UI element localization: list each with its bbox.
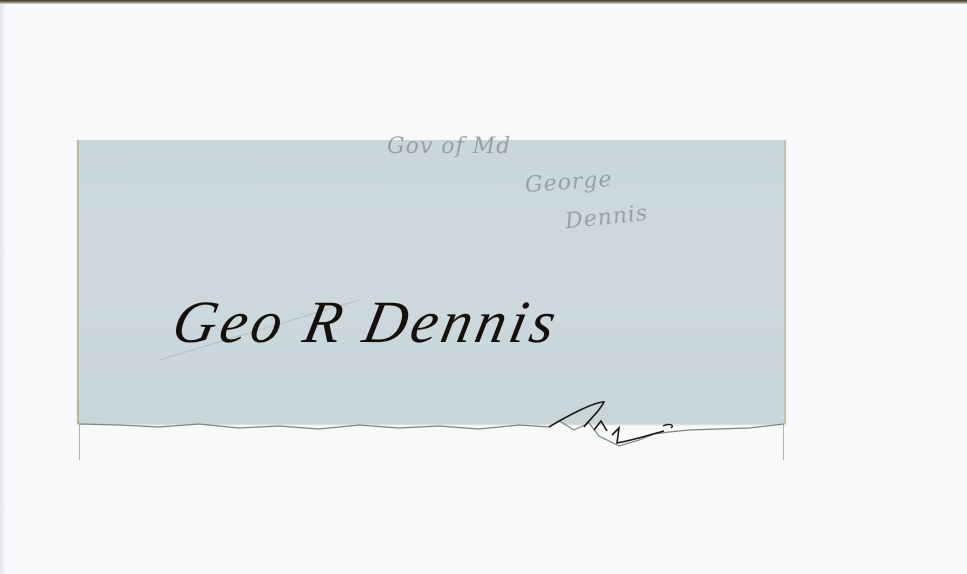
signature-card: Gov of Md George Dennis Geo R Dennis — [77, 140, 786, 424]
pencil-note-title: Gov of Md — [387, 134, 511, 159]
ink-signature: Geo R Dennis — [167, 288, 566, 357]
scanner-left-shade — [0, 4, 6, 574]
scanner-edge-strip — [0, 0, 967, 4]
